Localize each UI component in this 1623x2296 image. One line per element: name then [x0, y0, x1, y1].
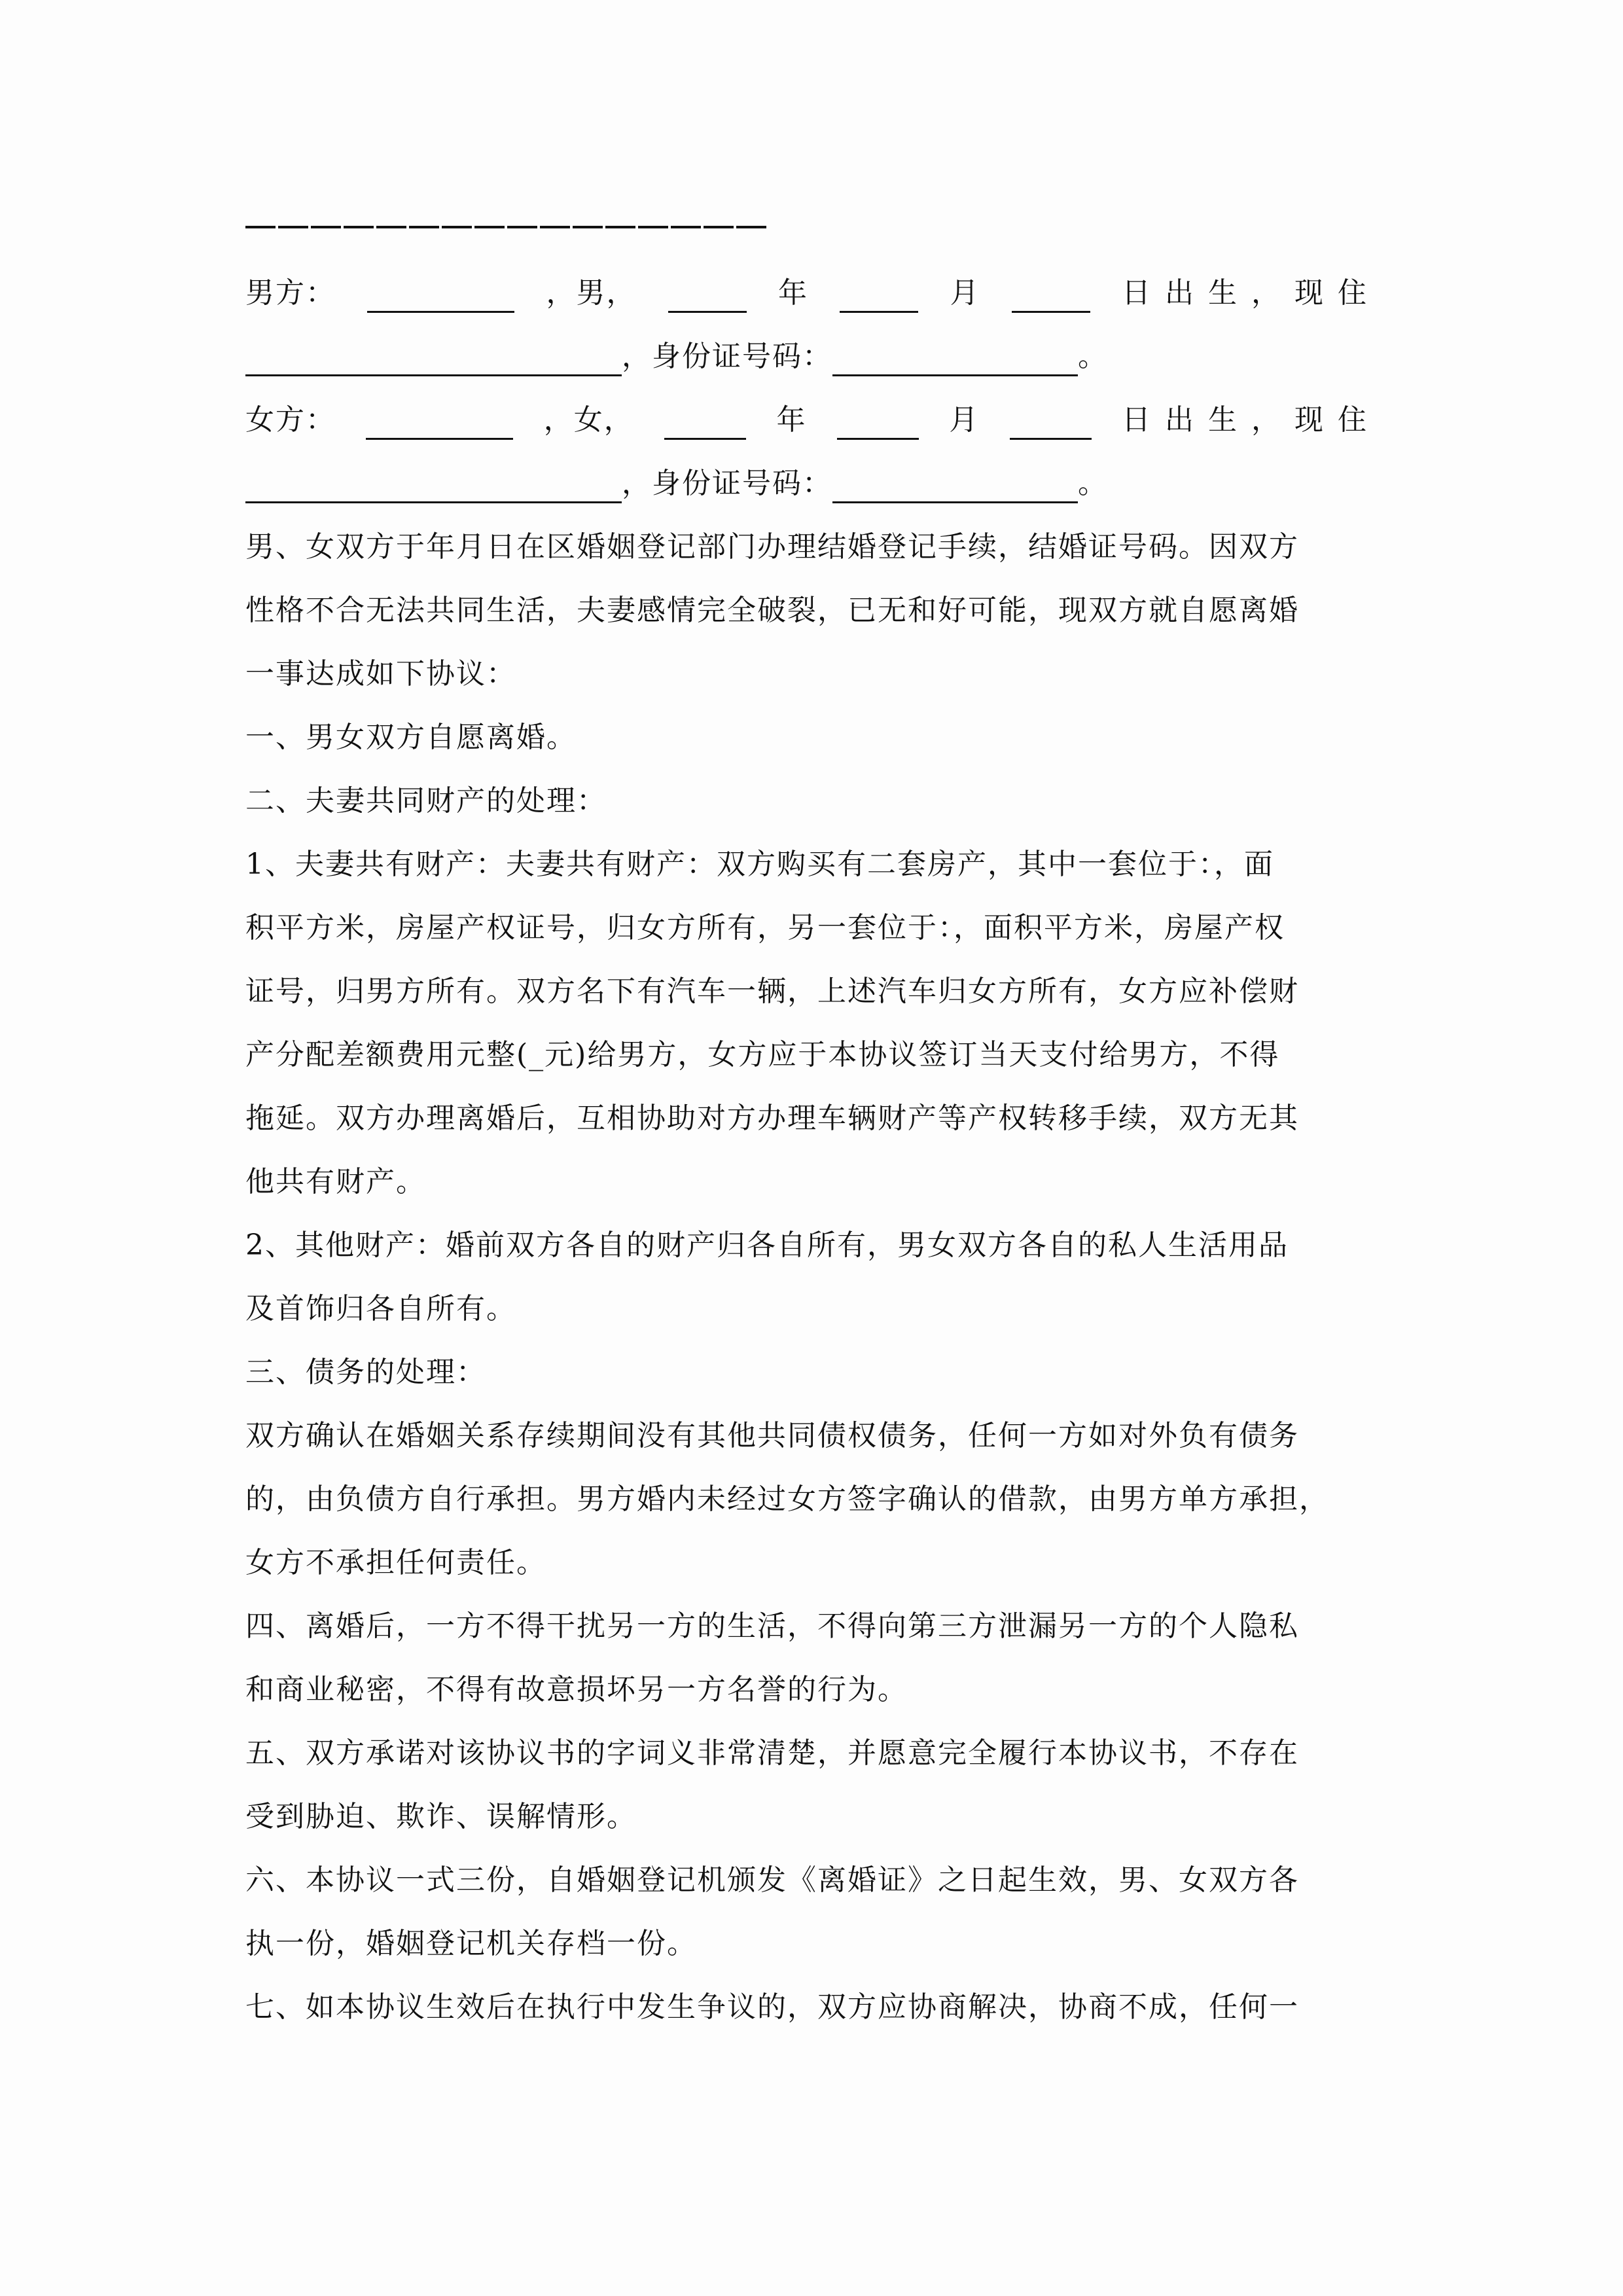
- body-line: 及首饰归各自所有。: [245, 1289, 1381, 1329]
- body-line: 积平方米，房屋产权证号，归女方所有，另一套位于：，面积平方米，房屋产权: [245, 908, 1381, 948]
- male-address-field[interactable]: [245, 346, 622, 376]
- female-address-field[interactable]: [245, 473, 622, 503]
- male-id-number-field[interactable]: [832, 346, 1078, 376]
- male-birth-month-field[interactable]: [840, 282, 918, 313]
- body-line: 2、其他财产：婚前双方各自的财产归各自所有，男女双方各自的私人生活用品: [245, 1226, 1381, 1265]
- female-birth-year-field[interactable]: [664, 409, 746, 440]
- body-line: 双方确认在婚姻关系存续期间没有其他共同债权债务，任何一方如对外负有债务: [245, 1416, 1381, 1456]
- female-id-line: ，身份证号码： 。: [245, 464, 1381, 503]
- body-line: 他共有财产。: [245, 1162, 1381, 1202]
- body-line: 1、夫妻共有财产：夫妻共有财产：双方购买有二套房产，其中一套位于：，面: [245, 845, 1381, 884]
- clause-7-line: 七、如本协议生效后在执行中发生争议的，双方应协商解决，协商不成，任何一: [245, 1988, 1381, 2027]
- male-year-label: 年: [778, 274, 808, 313]
- clause-1-heading: 一、男女双方自愿离婚。: [245, 718, 1381, 757]
- male-id-label: ，身份证号码：: [622, 337, 832, 376]
- body-line: 女方不承担任何责任。: [245, 1543, 1381, 1583]
- male-party-line: 男方： ，男， 年 月 日出生，现住: [245, 274, 1381, 313]
- female-id-label: ，身份证号码：: [622, 464, 832, 503]
- female-born-live-text: 日出生，现住: [1122, 401, 1381, 440]
- female-label: 女方：: [245, 401, 336, 440]
- body-line: 执一份，婚姻登记机关存档一份。: [245, 1924, 1381, 1964]
- female-end: 。: [1078, 464, 1108, 503]
- body-line: 的，由负债方自行承担。男方婚内未经过女方签字确认的借款，由男方单方承担，: [245, 1480, 1381, 1519]
- male-name-field[interactable]: [367, 282, 514, 313]
- body-line: 证号，归男方所有。双方名下有汽车一辆，上述汽车归女方所有，女方应补偿财: [245, 972, 1381, 1011]
- clause-3-heading: 三、债务的处理：: [245, 1353, 1381, 1392]
- body-line: 性格不合无法共同生活，夫妻感情完全破裂，已无和好可能，现双方就自愿离婚: [245, 591, 1381, 630]
- clause-6-line: 六、本协议一式三份，自婚姻登记机颁发《离婚证》之日起生效，男、女双方各: [245, 1861, 1381, 1900]
- female-name-field[interactable]: [366, 409, 513, 440]
- female-id-number-field[interactable]: [832, 473, 1078, 503]
- clause-4-line: 四、离婚后，一方不得干扰另一方的生活，不得向第三方泄漏另一方的个人隐私: [245, 1607, 1381, 1646]
- male-end: 。: [1078, 337, 1108, 376]
- female-gender-text: ，女，: [544, 401, 634, 440]
- female-year-label: 年: [777, 401, 807, 440]
- male-gender-text: ，男，: [546, 274, 637, 313]
- female-month-label: 月: [949, 401, 979, 440]
- body-line: 一事达成如下协议：: [245, 655, 1381, 694]
- clause-2-heading: 二、夫妻共同财产的处理：: [245, 781, 1381, 821]
- female-birth-day-field[interactable]: [1010, 409, 1092, 440]
- body-line: 受到胁迫、欺诈、误解情形。: [245, 1797, 1381, 1837]
- clause-5-line: 五、双方承诺对该协议书的字词义非常清楚，并愿意完全履行本协议书，不存在: [245, 1734, 1381, 1773]
- male-month-label: 月: [950, 274, 980, 313]
- female-party-line: 女方： ，女， 年 月 日出生，现住: [245, 401, 1381, 440]
- male-born-live-text: 日出生，现住: [1122, 274, 1381, 313]
- body-line: 产分配差额费用元整(_元)给男方，女方应于本协议签订当天支付给男方，不得: [245, 1035, 1381, 1075]
- male-label: 男方：: [245, 274, 336, 313]
- header-dash-rule: [245, 226, 769, 228]
- male-birth-day-field[interactable]: [1012, 282, 1090, 313]
- body-line: 男、女双方于年月日在区婚姻登记部门办理结婚登记手续，结婚证号码。因双方: [245, 528, 1381, 567]
- body-line: 拖延。双方办理离婚后，互相协助对方办理车辆财产等产权转移手续，双方无其: [245, 1099, 1381, 1138]
- male-id-line: ，身份证号码： 。: [245, 337, 1381, 376]
- male-birth-year-field[interactable]: [668, 282, 747, 313]
- body-line: 和商业秘密，不得有故意损坏另一方名誉的行为。: [245, 1670, 1381, 1710]
- female-birth-month-field[interactable]: [837, 409, 919, 440]
